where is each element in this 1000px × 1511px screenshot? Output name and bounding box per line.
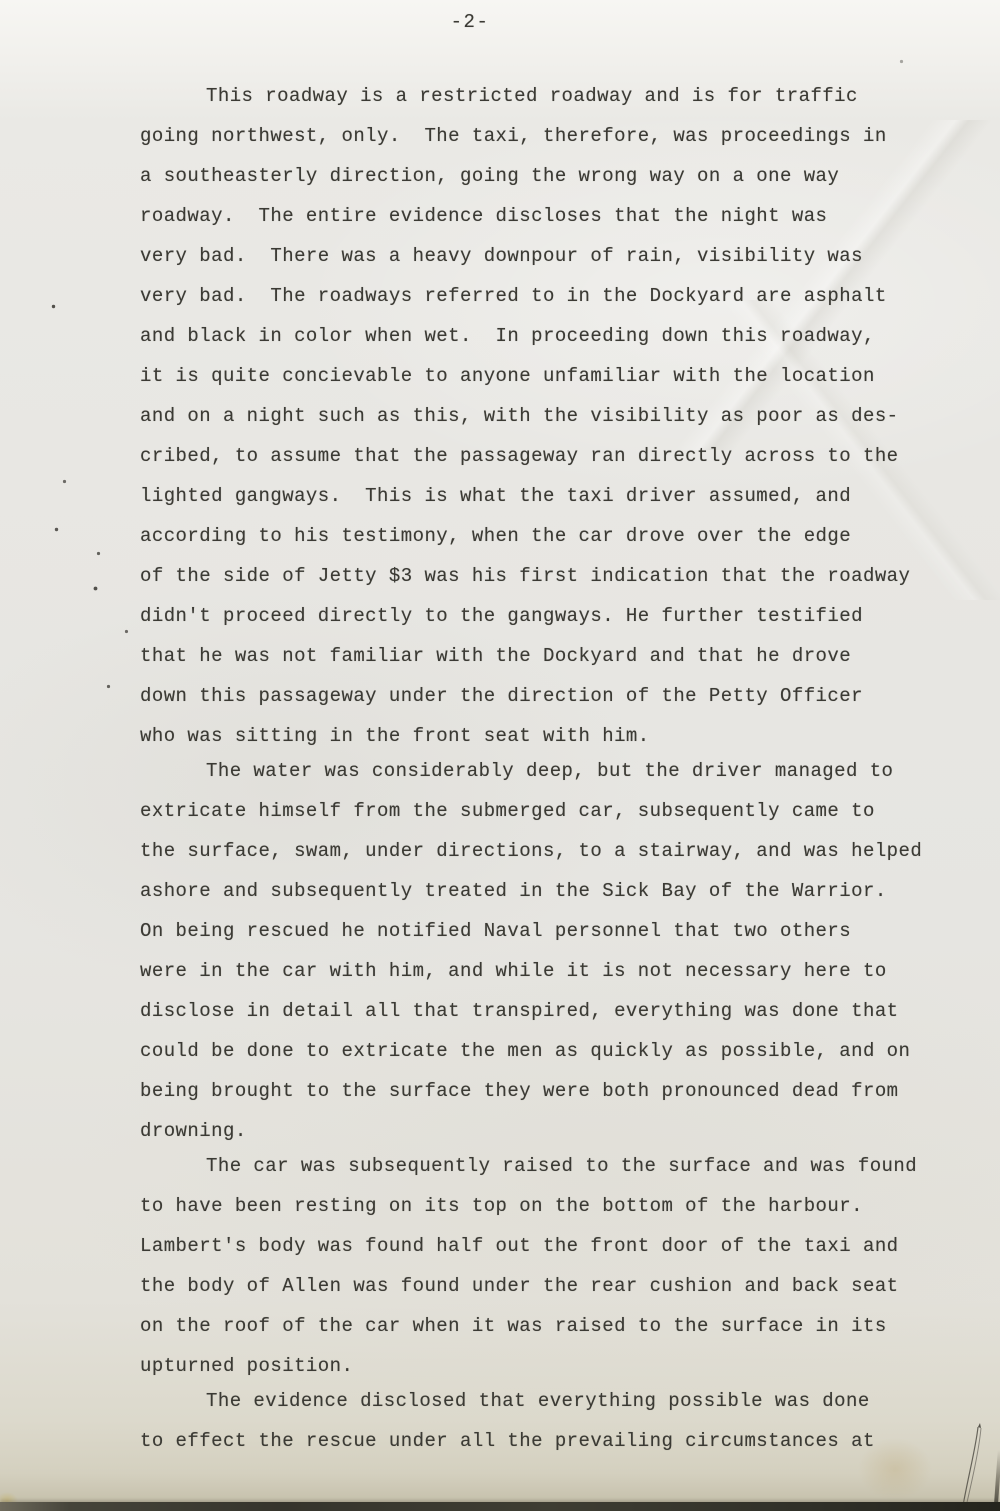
- paragraph: This roadway is a restricted roadway and…: [140, 76, 940, 756]
- text-line: and black in color when wet. In proceedi…: [140, 316, 940, 356]
- text-line: who was sitting in the front seat with h…: [140, 716, 940, 756]
- page-number: -2-: [0, 11, 940, 33]
- paragraph: The car was subsequently raised to the s…: [140, 1146, 940, 1386]
- text-line: were in the car with him, and while it i…: [140, 951, 940, 991]
- text-line: of the side of Jetty $3 was his first in…: [140, 556, 940, 596]
- text-line: The car was subsequently raised to the s…: [140, 1146, 940, 1186]
- text-line: the body of Allen was found under the re…: [140, 1266, 940, 1306]
- text-line: On being rescued he notified Naval perso…: [140, 911, 940, 951]
- text-line: very bad. There was a heavy downpour of …: [140, 236, 940, 276]
- text-line: that he was not familiar with the Dockya…: [140, 636, 940, 676]
- text-line: going northwest, only. The taxi, therefo…: [140, 116, 940, 156]
- text-line: disclose in detail all that transpired, …: [140, 991, 940, 1031]
- text-line: being brought to the surface they were b…: [140, 1071, 940, 1111]
- text-line: a southeasterly direction, going the wro…: [140, 156, 940, 196]
- text-line: on the roof of the car when it was raise…: [140, 1306, 940, 1346]
- text-line: roadway. The entire evidence discloses t…: [140, 196, 940, 236]
- scan-bottom-edge: [0, 1502, 1000, 1511]
- text-line: down this passageway under the direction…: [140, 676, 940, 716]
- text-line: upturned position.: [140, 1346, 940, 1386]
- text-line: could be done to extricate the men as qu…: [140, 1031, 940, 1071]
- text-line: the surface, swam, under directions, to …: [140, 831, 940, 871]
- text-line: it is quite concievable to anyone unfami…: [140, 356, 940, 396]
- text-line: This roadway is a restricted roadway and…: [140, 76, 940, 116]
- text-line: cribed, to assume that the passageway ra…: [140, 436, 940, 476]
- text-line: Lambert's body was found half out the fr…: [140, 1226, 940, 1266]
- text-line: to effect the rescue under all the preva…: [140, 1421, 940, 1461]
- text-line: according to his testimony, when the car…: [140, 516, 940, 556]
- text-line: ashore and subsequently treated in the S…: [140, 871, 940, 911]
- pencil-mark: [940, 1413, 1000, 1511]
- text-line: didn't proceed directly to the gangways.…: [140, 596, 940, 636]
- paragraph: The evidence disclosed that everything p…: [140, 1381, 940, 1461]
- text-line: extricate himself from the submerged car…: [140, 791, 940, 831]
- text-line: lighted gangways. This is what the taxi …: [140, 476, 940, 516]
- text-line: The water was considerably deep, but the…: [140, 751, 940, 791]
- text-line: very bad. The roadways referred to in th…: [140, 276, 940, 316]
- text-line: and on a night such as this, with the vi…: [140, 396, 940, 436]
- text-line: drowning.: [140, 1111, 940, 1151]
- paragraph: The water was considerably deep, but the…: [140, 751, 940, 1151]
- text-line: to have been resting on its top on the b…: [140, 1186, 940, 1226]
- document-body: This roadway is a restricted roadway and…: [140, 76, 940, 1461]
- ink-specks: [0, 0, 3, 3]
- text-line: The evidence disclosed that everything p…: [140, 1381, 940, 1421]
